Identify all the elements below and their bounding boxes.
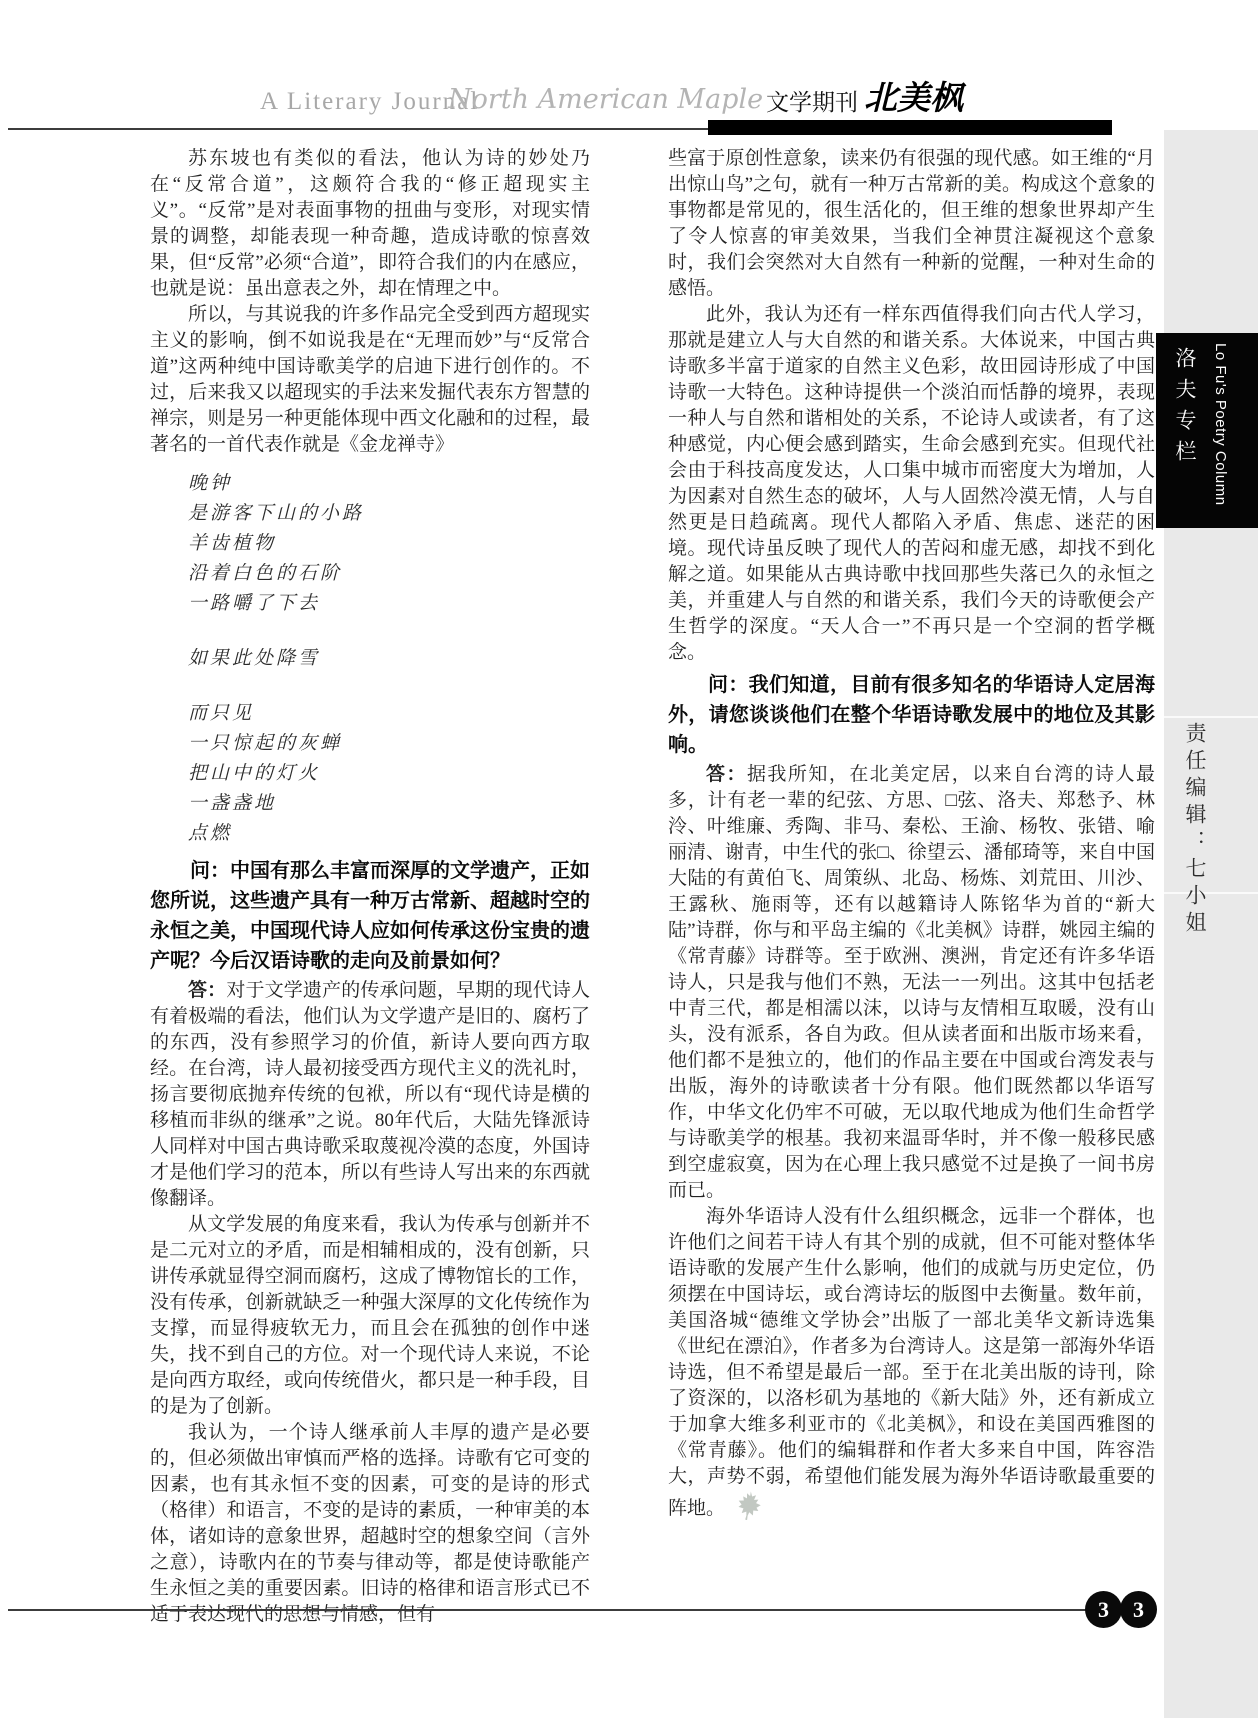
journal-title-script: North American Maple xyxy=(448,84,763,115)
question-paragraph: 问：我们知道，目前有很多知名的华语诗人定居海外，请您谈谈他们在整个华语诗歌发展中… xyxy=(668,670,1155,760)
page-number-badge: 3 xyxy=(1085,1591,1122,1628)
poem-line: 沿着白色的石阶 xyxy=(188,558,590,588)
answer-text: 对于文学遗产的传承问题，早期的现代诗人有着极端的看法，他们认为文学遗产是旧的、腐… xyxy=(150,980,590,1209)
answer-label: 答： xyxy=(706,764,747,785)
paragraph: 海外华语诗人没有什么组织概念，远非一个群体，也许他们之间若干诗人有其个别的成就，… xyxy=(668,1204,1155,1522)
header-black-bar xyxy=(708,120,1112,135)
editor-credit: 责任编辑：七小姐 xyxy=(1180,722,1210,938)
paragraph: 所以，与其说我的许多作品完全受到西方超现实主义的影响，倒不如说我是在“无理而妙”… xyxy=(150,302,590,458)
question-label: 问： xyxy=(708,674,749,696)
paragraph: 苏东坡也有类似的看法，他认为诗的妙处乃在“反常合道”，这颇符合我的“修正超现实主… xyxy=(150,146,590,302)
poem-line: 而只见 xyxy=(188,698,590,728)
journal-page: A Literary Journal North American Maple … xyxy=(0,0,1258,1718)
answer-text: 据我所知，在北美定居，以来自台湾的诗人最多，计有老一辈的纪弦、方思、□弦、洛夫、… xyxy=(668,764,1155,1201)
answer-label: 答： xyxy=(188,980,226,1001)
column-title-en: Lo Fu's Poetry Column xyxy=(1212,343,1229,523)
poem-line: 如果此处降雪 xyxy=(188,643,590,673)
column-title-box: 洛夫专栏 Lo Fu's Poetry Column xyxy=(1156,333,1258,528)
poem-line: 晚钟 xyxy=(188,468,590,498)
maple-leaf-icon xyxy=(730,1487,766,1523)
paragraph: 从文学发展的角度来看，我认为传承与创新并不是二元对立的矛盾，而是相辅相成的，没有… xyxy=(150,1212,590,1420)
poem-line: 点燃 xyxy=(188,818,590,848)
paragraph: 我认为，一个诗人继承前人丰厚的遗产是必要的，但必须做出审慎而严格的选择。诗歌有它… xyxy=(150,1420,590,1628)
poem-stanza-gap xyxy=(188,618,590,643)
right-column: 些富于原创性意象，读来仍有很强的现代感。如王维的“月出惊山鸟”之句，就有一种万古… xyxy=(668,146,1155,1522)
poem-line: 一盏盏地 xyxy=(188,788,590,818)
poem-line: 是游客下山的小路 xyxy=(188,498,590,528)
question-paragraph: 问：中国有那么丰富而深厚的文学遗产，正如您所说，这些遗产具有一种万古常新、超越时… xyxy=(150,856,590,976)
paragraph-continuation: 些富于原创性意象，读来仍有很强的现代感。如王维的“月出惊山鸟”之句，就有一种万古… xyxy=(668,146,1155,302)
answer-paragraph: 答：据我所知，在北美定居，以来自台湾的诗人最多，计有老一辈的纪弦、方思、□弦、洛… xyxy=(668,762,1155,1204)
strip-divider xyxy=(1164,716,1258,718)
poem-line: 羊齿植物 xyxy=(188,528,590,558)
column-title-cn: 洛夫专栏 xyxy=(1169,347,1199,471)
page-number-badge: 3 xyxy=(1120,1591,1157,1628)
poem-jinlong-chansi: 晚钟 是游客下山的小路 羊齿植物 沿着白色的石阶 一路嚼了下去 如果此处降雪 而… xyxy=(188,468,590,848)
journal-type-cn: 文学期刊 xyxy=(766,84,858,117)
paragraph: 此外，我认为还有一样东西值得我们向古代人学习，那就是建立人与大自然的和谐关系。大… xyxy=(668,302,1155,666)
footer-rule xyxy=(8,1609,1088,1611)
strip-divider xyxy=(1164,892,1258,894)
question-label: 问： xyxy=(190,860,230,882)
left-column: 苏东坡也有类似的看法，他认为诗的妙处乃在“反常合道”，这颇符合我的“修正超现实主… xyxy=(150,146,590,1628)
journal-name-cn: 北美枫 xyxy=(864,72,963,119)
poem-stanza-gap xyxy=(188,673,590,698)
poem-line: 一只惊起的灰蝉 xyxy=(188,728,590,758)
poem-line: 把山中的灯火 xyxy=(188,758,590,788)
journal-subtitle-en: A Literary Journal xyxy=(260,88,479,116)
answer-paragraph: 答：对于文学遗产的传承问题，早期的现代诗人有着极端的看法，他们认为文学遗产是旧的… xyxy=(150,978,590,1212)
poem-line: 一路嚼了下去 xyxy=(188,588,590,618)
paragraph-text: 海外华语诗人没有什么组织概念，远非一个群体，也许他们之间若干诗人有其个别的成就，… xyxy=(668,1206,1155,1519)
